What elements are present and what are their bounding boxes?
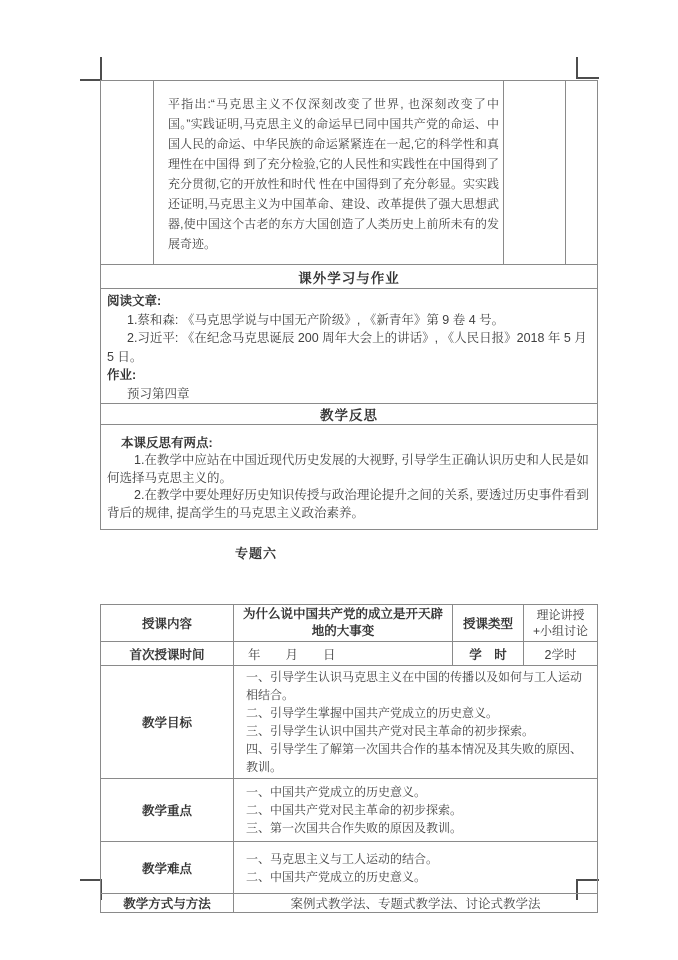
course-title-text: 为什么说中国共产党的成立是开天辟地的大事变 (234, 605, 452, 641)
teaching-content-label: 授课内容 (101, 605, 234, 642)
homework-label: 作业: (107, 366, 591, 385)
focus-item: 二、中国共产党对民主革命的初步探索。 (246, 801, 589, 819)
teaching-difficulty-label: 教学难点 (101, 842, 234, 894)
section-title-homework: 课外学习与作业 (101, 265, 598, 289)
margin-mark-top-right (576, 57, 599, 79)
reading-item: 1.蔡和森: 《马克思学说与中国无产阶级》, 《新青年》第 9 卷 4 号。 (107, 311, 591, 330)
lesson-type-value-cell: 理论讲授+小组讨论 (524, 605, 598, 642)
focus-item: 三、第一次国共合作失败的原因及教训。 (246, 819, 589, 837)
teaching-method-value: 案例式教学法、专题式教学法、讨论式教学法 (234, 894, 598, 913)
teaching-goals-cell: 一、引导学生认识马克思主义在中国的传播以及如何与工人运动相结合。 二、引导学生掌… (234, 666, 598, 779)
reflection-item: 2.在教学中要处理好历史知识传授与政治理论提升之间的关系, 要透过历史事件看到背… (107, 487, 591, 522)
homework-item: 预习第四章 (107, 385, 591, 404)
reflection-cell: 本课反思有两点: 1.在教学中应站在中国近现代历史发展的大视野, 引导学生正确认… (101, 425, 598, 530)
lesson-notes-table: 平指出:“马克思主义不仅深刻改变了世界, 也深刻改变了中国。”实践证明,马克思主… (100, 80, 598, 530)
document-page: 平指出:“马克思主义不仅深刻改变了世界, 也深刻改变了中国。”实践证明,马克思主… (0, 0, 678, 960)
goal-item: 二、引导学生掌握中国共产党成立的历史意义。 (246, 704, 589, 722)
goal-item: 四、引导学生了解第一次国共合作的基本情况及其失败的原因、教训。 (246, 740, 589, 776)
reflection-intro: 本课反思有两点: (107, 435, 591, 453)
continued-paragraph: 平指出:“马克思主义不仅深刻改变了世界, 也深刻改变了中国。”实践证明,马克思主… (154, 92, 503, 254)
margin-mark-top-left (80, 57, 102, 81)
lesson-type-value: 理论讲授+小组讨论 (524, 606, 597, 640)
reading-item: 2.习近平: 《在纪念马克思诞辰 200 周年大会上的讲话》, 《人民日报》20… (107, 329, 591, 366)
first-teaching-time-label: 首次授课时间 (101, 642, 234, 666)
course-title-cell: 为什么说中国共产党的成立是开天辟地的大事变 (234, 605, 453, 642)
teaching-focus-label: 教学重点 (101, 779, 234, 842)
reading-label: 阅读文章: (107, 292, 591, 311)
goal-item: 三、引导学生认识中国共产党对民主革命的初步探索。 (246, 722, 589, 740)
goal-item: 一、引导学生认识马克思主义在中国的传播以及如何与工人运动相结合。 (246, 668, 589, 704)
section-title-reflection: 教学反思 (101, 404, 598, 425)
teaching-difficulty-cell: 一、马克思主义与工人运动的结合。 二、中国共产党成立的历史意义。 (234, 842, 598, 894)
focus-item: 一、中国共产党成立的历史意义。 (246, 783, 589, 801)
difficulty-item: 二、中国共产党成立的历史意义。 (246, 868, 589, 886)
teaching-method-label: 教学方式与方法 (101, 894, 234, 913)
class-hours-value: 2学时 (524, 642, 598, 666)
continued-text-cell: 平指出:“马克思主义不仅深刻改变了世界, 也深刻改变了中国。”实践证明,马克思主… (154, 81, 504, 265)
empty-cell (504, 81, 566, 265)
lesson-type-label: 授课类型 (453, 605, 524, 642)
teaching-date-value: 年 月 日 (234, 645, 452, 663)
teaching-goals-label: 教学目标 (101, 666, 234, 779)
difficulty-item: 一、马克思主义与工人运动的结合。 (246, 850, 589, 868)
homework-cell: 阅读文章: 1.蔡和森: 《马克思学说与中国无产阶级》, 《新青年》第 9 卷 … (101, 289, 598, 404)
topic-heading: 专题六 (235, 543, 277, 562)
teaching-focus-cell: 一、中国共产党成立的历史意义。 二、中国共产党对民主革命的初步探索。 三、第一次… (234, 779, 598, 842)
reflection-item: 1.在教学中应站在中国近现代历史发展的大视野, 引导学生正确认识历史和人民是如何… (107, 452, 591, 487)
lesson-plan-table: 授课内容 为什么说中国共产党的成立是开天辟地的大事变 授课类型 理论讲授+小组讨… (100, 604, 598, 913)
empty-side-cell (101, 81, 154, 265)
teaching-date-cell: 年 月 日 (234, 642, 453, 666)
class-hours-label: 学 时 (453, 642, 524, 666)
empty-cell (566, 81, 598, 265)
margin-mark-bottom-left (80, 879, 102, 900)
